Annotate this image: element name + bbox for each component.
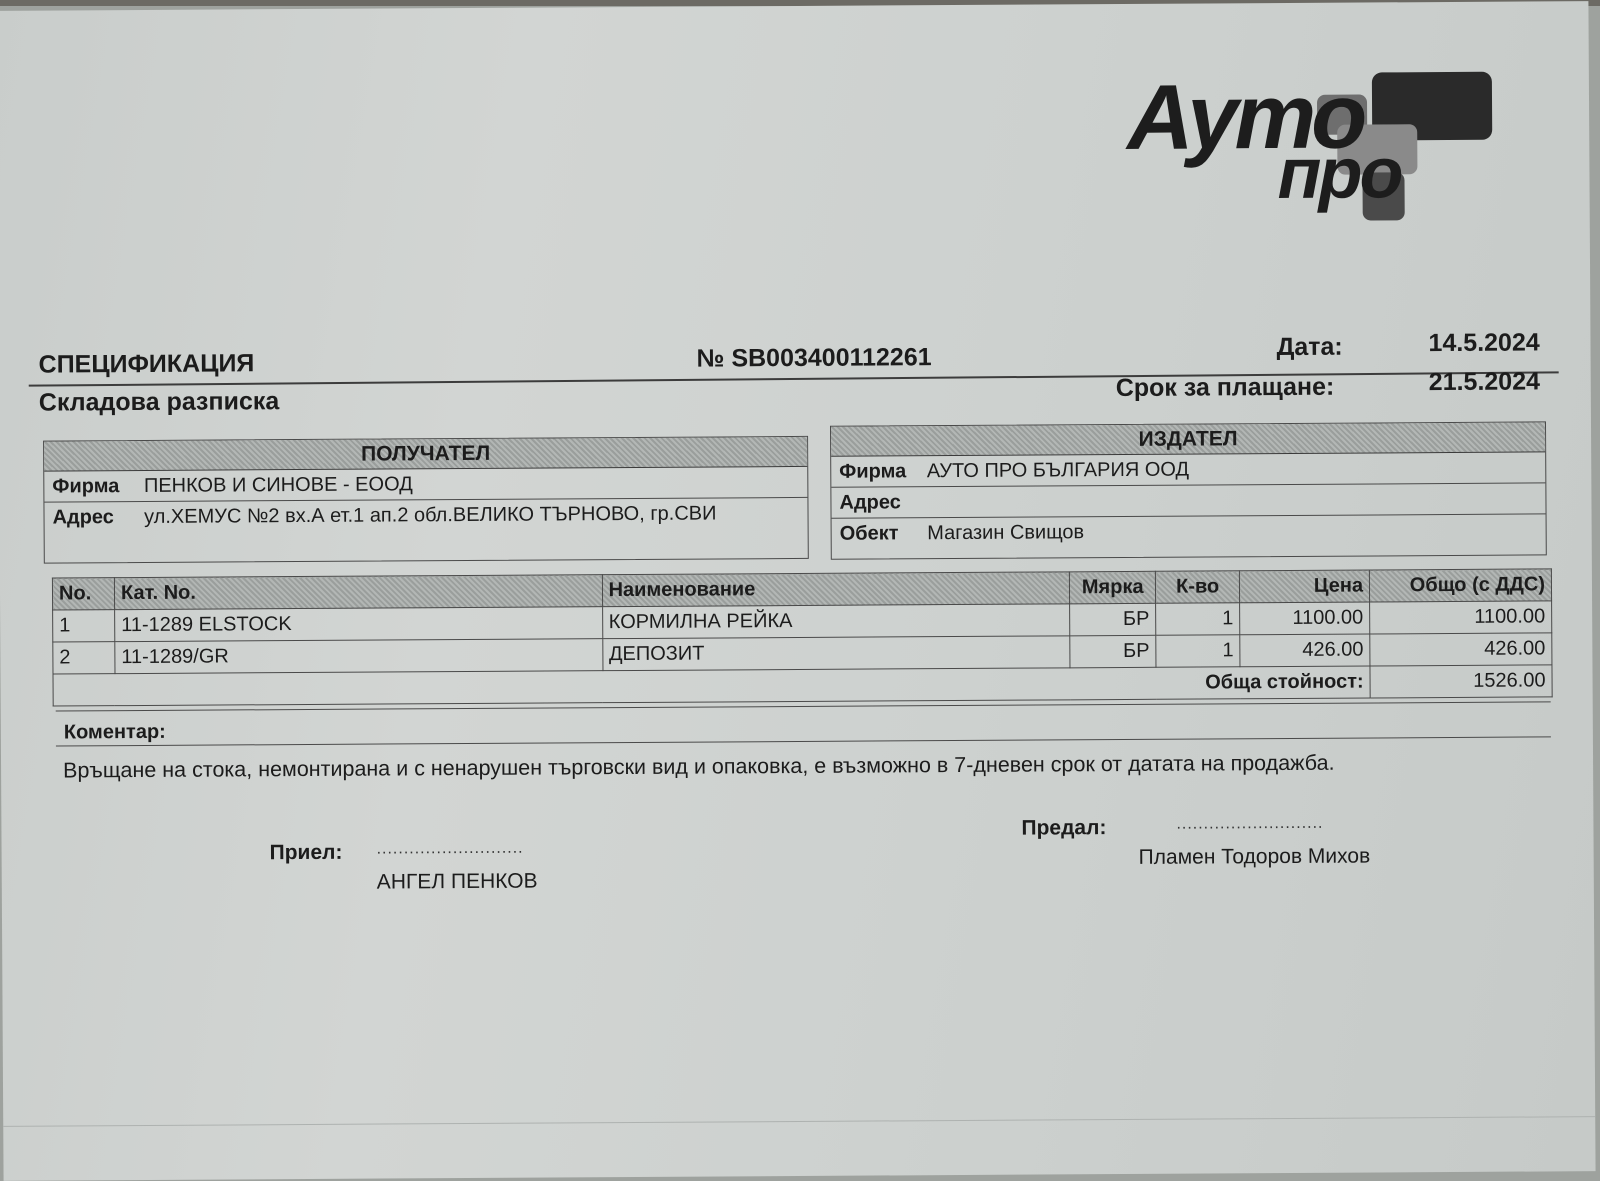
number-sign: № <box>696 344 724 372</box>
col-header-unit: Мярка <box>1070 571 1156 604</box>
handed-by-name: Пламен Тодоров Михов <box>1139 844 1371 869</box>
cell-total: 1100.00 <box>1370 601 1552 634</box>
document-subtype: Складова разписка <box>39 387 280 417</box>
col-header-cat-no: Кат. No. <box>114 575 602 610</box>
cell-qty: 1 <box>1156 603 1240 636</box>
cell-unit: БР <box>1070 635 1156 668</box>
total-label: Обща стойност: <box>53 666 1370 706</box>
issuer-site-value: Магазин Свищов <box>927 521 1084 544</box>
cell-no: 1 <box>53 610 115 642</box>
recipient-box: ПОЛУЧАТЕЛ Фирма ПЕНКОВ И СИНОВЕ - ЕООД А… <box>43 436 809 564</box>
issuer-site-label: Обект <box>840 518 922 549</box>
recipient-address-value: ул.ХЕМУС №2 вх.А ет.1 ап.2 обл.ВЕЛИКО ТЪ… <box>144 502 716 527</box>
due-date-label: Срок за плащане: <box>1116 373 1335 403</box>
col-header-qty: К-во <box>1156 571 1240 604</box>
cell-cat-no: 11-1289/GR <box>115 639 603 674</box>
handed-by-label: Предал: <box>1021 816 1106 841</box>
issuer-box: ИЗДАТЕЛ Фирма АУТО ПРО БЪЛГАРИЯ ООД Адре… <box>830 421 1547 559</box>
issuer-title: ИЗДАТЕЛ <box>831 422 1545 456</box>
cell-unit: БР <box>1070 603 1156 636</box>
received-by-signature-line: ........................... <box>377 840 524 859</box>
received-by-name: АНГЕЛ ПЕНКОВ <box>377 870 538 895</box>
comment-label: Коментар: <box>56 701 1551 746</box>
document-type: СПЕЦИФИКАЦИЯ <box>39 349 255 379</box>
cell-price: 426.00 <box>1240 634 1370 667</box>
company-logo: Ауто про <box>1127 64 1528 226</box>
recipient-firm-label: Фирма <box>52 471 138 502</box>
number-value: SB003400112261 <box>731 343 931 372</box>
items-table: No. Кат. No. Наименование Мярка К-во Цен… <box>52 568 1553 706</box>
cell-cat-no: 11-1289 ELSTOCK <box>115 607 603 642</box>
date-label: Дата: <box>1276 333 1342 362</box>
due-date-value: 21.5.2024 <box>1429 367 1540 397</box>
issuer-firm-row: Фирма АУТО ПРО БЪЛГАРИЯ ООД <box>831 452 1545 487</box>
col-header-total: Общо (с ДДС) <box>1369 569 1551 602</box>
cell-qty: 1 <box>1156 635 1240 668</box>
document-sheet: Ауто про СПЕЦИФИКАЦИЯ Складова разписка … <box>0 1 1596 1176</box>
cell-no: 2 <box>53 642 115 674</box>
comment-text: Връщане на стока, немонтирана и с ненару… <box>63 751 1335 784</box>
col-header-price: Цена <box>1240 570 1370 603</box>
issuer-address-row: Адрес <box>831 483 1545 518</box>
cell-name: ДЕПОЗИТ <box>602 636 1070 671</box>
recipient-firm-row: Фирма ПЕНКОВ И СИНОВЕ - ЕООД <box>44 467 807 503</box>
document-number: № SB003400112261 <box>696 343 931 373</box>
recipient-address-label: Адрес <box>52 502 138 533</box>
issuer-site-row: Обект Магазин Свищов <box>832 514 1546 549</box>
recipient-title: ПОЛУЧАТЕЛ <box>44 437 807 472</box>
recipient-firm-value: ПЕНКОВ И СИНОВЕ - ЕООД <box>144 473 413 497</box>
cell-name: КОРМИЛНА РЕЙКА <box>602 604 1070 639</box>
col-header-name: Наименование <box>602 572 1070 607</box>
issuer-address-label: Адрес <box>839 487 921 518</box>
issuer-firm-value: АУТО ПРО БЪЛГАРИЯ ООД <box>927 459 1189 483</box>
date-value: 14.5.2024 <box>1428 328 1539 358</box>
col-header-no: No. <box>52 578 114 610</box>
cell-total: 426.00 <box>1370 633 1552 666</box>
logo-text-secondary: про <box>1277 132 1400 215</box>
cell-price: 1100.00 <box>1240 602 1370 635</box>
recipient-address-row: Адрес ул.ХЕМУС №2 вх.А ет.1 ап.2 обл.ВЕЛ… <box>44 498 807 534</box>
received-by-label: Приел: <box>270 841 343 865</box>
issuer-firm-label: Фирма <box>839 456 921 487</box>
handed-by-signature-line: ........................... <box>1176 815 1323 834</box>
total-value: 1526.00 <box>1370 665 1552 698</box>
